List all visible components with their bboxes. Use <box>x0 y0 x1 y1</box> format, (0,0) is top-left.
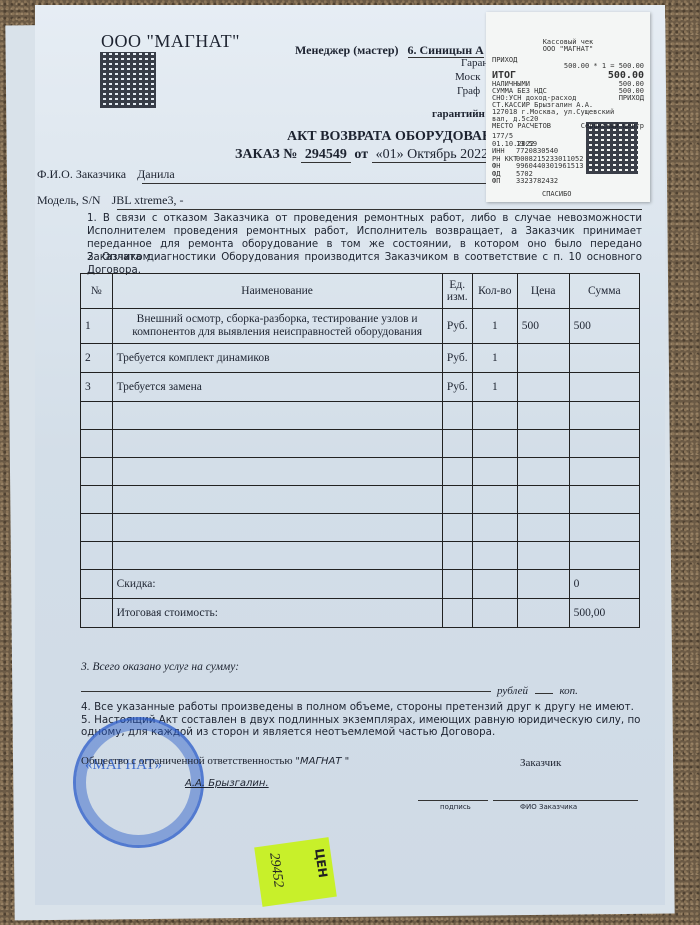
paragraph-4: 4. Все указанные работы произведены в по… <box>81 701 641 714</box>
table-row-empty <box>81 486 640 514</box>
col-name: Наименование <box>112 274 442 309</box>
model-label: Модель, S/N <box>37 193 101 207</box>
cell-sum <box>569 373 639 402</box>
receipt-company: ООО "МАГНАТ" <box>492 45 644 53</box>
qr-code-icon <box>100 52 156 108</box>
company-signature-block: Общество с ограниченной ответственностью… <box>81 755 349 767</box>
model-value: JBL xtreme3, - <box>112 193 184 207</box>
header-line-3: Граф <box>457 85 480 97</box>
cell-price <box>517 373 569 402</box>
total-row: Итоговая стоимость: 500,00 <box>81 599 640 628</box>
discount-value: 0 <box>569 570 639 599</box>
receipt-line: 500.00 * 1 = 500.00 <box>564 62 644 70</box>
header-line-4: гарантийн <box>432 108 485 120</box>
table-row-empty <box>81 514 640 542</box>
cash-receipt: Кассовый чек ООО "МАГНАТ" ПРИХОД 500.00 … <box>486 12 650 202</box>
order-from-label: от <box>354 147 368 162</box>
receipt-thanks: СПАСИБО <box>542 190 644 198</box>
signature-caption: подпись <box>440 803 471 811</box>
cell-no: 1 <box>81 309 113 344</box>
customer-value: Данила <box>137 167 175 181</box>
order-line: ЗАКАЗ № 294549 от «01» Октябрь 2022 г. <box>235 147 503 163</box>
cell-unit: Руб. <box>442 344 472 373</box>
cell-name: Внешний осмотр, сборка-разборка, тестиро… <box>112 309 442 344</box>
cell-price: 500 <box>517 309 569 344</box>
cell-unit: Руб. <box>442 373 472 402</box>
customer-field: Ф.И.О. Заказчика Данила <box>37 167 175 182</box>
company-sign-prefix: Общество с ограниченной ответственностью <box>81 755 293 767</box>
cell-name: Требуется комплект динамиков <box>112 344 442 373</box>
col-sum: Сумма <box>569 274 639 309</box>
table-row: 1 Внешний осмотр, сборка-разборка, тести… <box>81 309 640 344</box>
cell-sum <box>569 344 639 373</box>
model-field: Модель, S/N JBL xtreme3, - <box>37 193 183 208</box>
table-row-empty <box>81 430 640 458</box>
header-line-2: Моск <box>455 71 481 83</box>
customer-name-line <box>493 800 638 801</box>
document-title: АКТ ВОЗВРАТА ОБОРУДОВАНИЯ <box>287 129 514 145</box>
col-number: № <box>81 274 113 309</box>
cell-qty: 1 <box>472 373 517 402</box>
signer-name: А.А. Брызгалин. <box>185 778 269 789</box>
company-sign-name: "МАГНАТ " <box>295 756 349 767</box>
cell-qty: 1 <box>472 344 517 373</box>
order-number: 294549 <box>301 147 351 163</box>
table-row: 3 Требуется замена Руб. 1 <box>81 373 640 402</box>
discount-label: Скидка: <box>112 570 442 599</box>
section-3: 3. Всего оказано услуг на сумму: <box>81 661 239 673</box>
cell-sum: 500 <box>569 309 639 344</box>
name-caption: ФИО Заказчика <box>520 803 577 811</box>
kop-label: коп. <box>559 685 577 697</box>
table-row: 2 Требуется комплект динамиков Руб. 1 <box>81 344 640 373</box>
cell-name: Требуется замена <box>112 373 442 402</box>
cell-qty: 1 <box>472 309 517 344</box>
company-name: ООО "МАГНАТ" <box>101 31 240 52</box>
total-label: Итоговая стоимость: <box>112 599 442 628</box>
table-row-empty <box>81 402 640 430</box>
signature-line <box>418 800 488 801</box>
discount-row: Скидка: 0 <box>81 570 640 599</box>
price-tag-number: 29452 <box>265 852 286 889</box>
customer-label: Ф.И.О. Заказчика <box>37 167 126 181</box>
sum-underline <box>81 691 491 692</box>
rub-label: рублей <box>497 685 528 697</box>
col-qty: Кол-во <box>472 274 517 309</box>
table-header-row: № Наименование Ед. изм. Кол-во Цена Сумм… <box>81 274 640 309</box>
order-date: «01» Октябрь 2022 г. <box>372 147 504 163</box>
receipt-meta-value: 3323782432 <box>516 177 644 185</box>
manager-label: Менеджер (мастер) <box>295 43 399 57</box>
table-row-empty <box>81 458 640 486</box>
table-row-empty <box>81 542 640 570</box>
order-label: ЗАКАЗ № <box>235 147 297 162</box>
customer-sign-label: Заказчик <box>520 757 561 769</box>
rub-kop: рублей коп. <box>497 685 578 697</box>
price-tag-label: ЦЕН <box>312 848 330 879</box>
items-table: № Наименование Ед. изм. Кол-во Цена Сумм… <box>80 273 640 628</box>
manager-field: Менеджер (мастер) 6. Синицын А <box>295 43 484 58</box>
cell-unit: Руб. <box>442 309 472 344</box>
cell-no: 3 <box>81 373 113 402</box>
total-value: 500,00 <box>569 599 639 628</box>
price-tag-sticker: 29452 ЦЕН <box>254 837 337 907</box>
col-price: Цена <box>517 274 569 309</box>
manager-value: 6. Синицын А <box>408 43 484 58</box>
col-unit: Ед. изм. <box>442 274 472 309</box>
model-underline <box>117 209 642 210</box>
cell-price <box>517 344 569 373</box>
cell-no: 2 <box>81 344 113 373</box>
